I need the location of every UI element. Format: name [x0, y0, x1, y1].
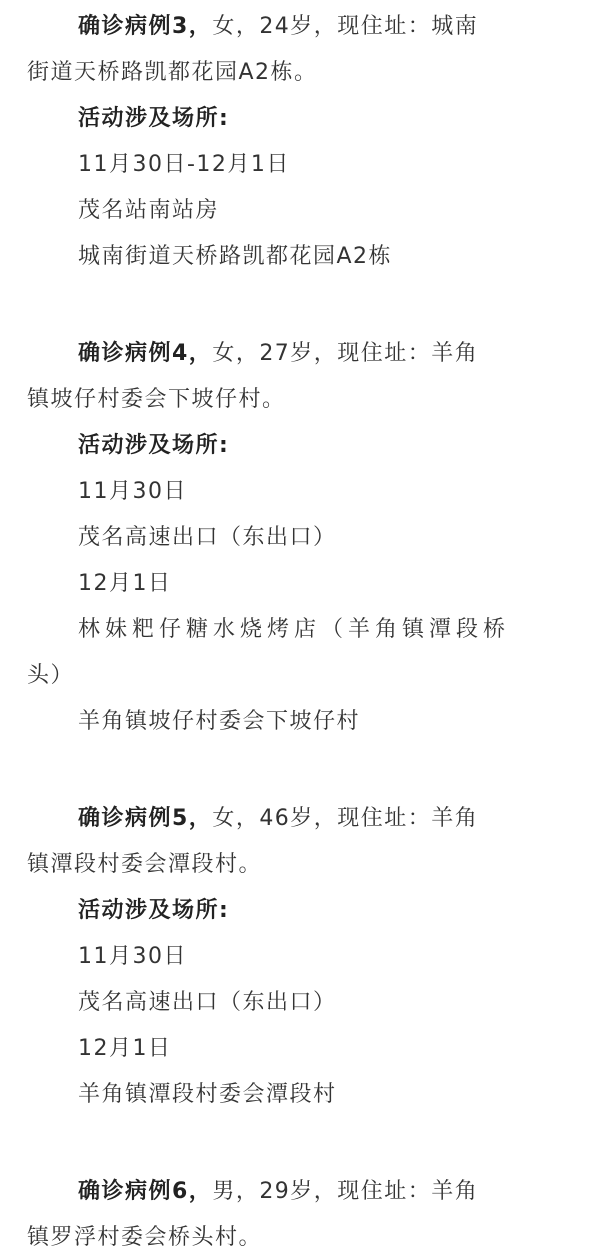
case-4-header: 确诊病例4，女，27岁，现住址：羊角 — [78, 339, 478, 369]
case-5-activity-label: 活动涉及场所: — [78, 896, 229, 926]
case-4-entry: 羊角镇坡仔村委会下坡仔村 — [78, 707, 360, 737]
case-6-info-wrap: 镇罗浮村委会桥头村。 — [27, 1223, 262, 1253]
case-3-info-wrap: 街道天桥路凯都花园A2栋。 — [27, 58, 318, 88]
case-3-entry: 城南街道天桥路凯都花园A2栋 — [78, 242, 392, 272]
case-3-entry: 茂名站南站房 — [78, 196, 219, 226]
case-5-entry: 12月1日 — [78, 1034, 172, 1064]
case-4-activity-label: 活动涉及场所: — [78, 431, 229, 461]
case-3-activity-label: 活动涉及场所: — [78, 104, 229, 134]
case-6-info: 男，29岁，现住址：羊角 — [212, 1179, 478, 1204]
case-4-entry: 茂名高速出口（东出口） — [78, 523, 337, 553]
case-4-info-wrap: 镇坡仔村委会下坡仔村。 — [27, 385, 286, 415]
case-4-entry: 12月1日 — [78, 569, 172, 599]
case-5-entry: 羊角镇潭段村委会潭段村 — [78, 1080, 337, 1110]
case-4-info: 女，27岁，现住址：羊角 — [212, 341, 478, 366]
case-4-entry: 林妹粑仔糖水烧烤店（羊角镇潭段桥 — [78, 615, 510, 645]
case-4-entry-wrap: 头） — [27, 661, 74, 691]
case-3-info: 女，24岁，现住址：城南 — [212, 14, 478, 39]
case-3-title: 确诊病例3， — [78, 14, 212, 39]
case-6-header: 确诊病例6，男，29岁，现住址：羊角 — [78, 1177, 478, 1207]
case-5-entry: 11月30日 — [78, 942, 187, 972]
case-5-info-wrap: 镇潭段村委会潭段村。 — [27, 850, 262, 880]
case-5-title: 确诊病例5， — [78, 806, 212, 831]
case-4-entry: 11月30日 — [78, 477, 187, 507]
case-5-entry: 茂名高速出口（东出口） — [78, 988, 337, 1018]
case-5-header: 确诊病例5，女，46岁，现住址：羊角 — [78, 804, 478, 834]
case-5-info: 女，46岁，现住址：羊角 — [212, 806, 478, 831]
case-6-title: 确诊病例6， — [78, 1179, 212, 1204]
case-3-entry: 11月30日-12月1日 — [78, 150, 290, 180]
case-4-title: 确诊病例4， — [78, 341, 212, 366]
case-3-header: 确诊病例3，女，24岁，现住址：城南 — [78, 12, 478, 42]
